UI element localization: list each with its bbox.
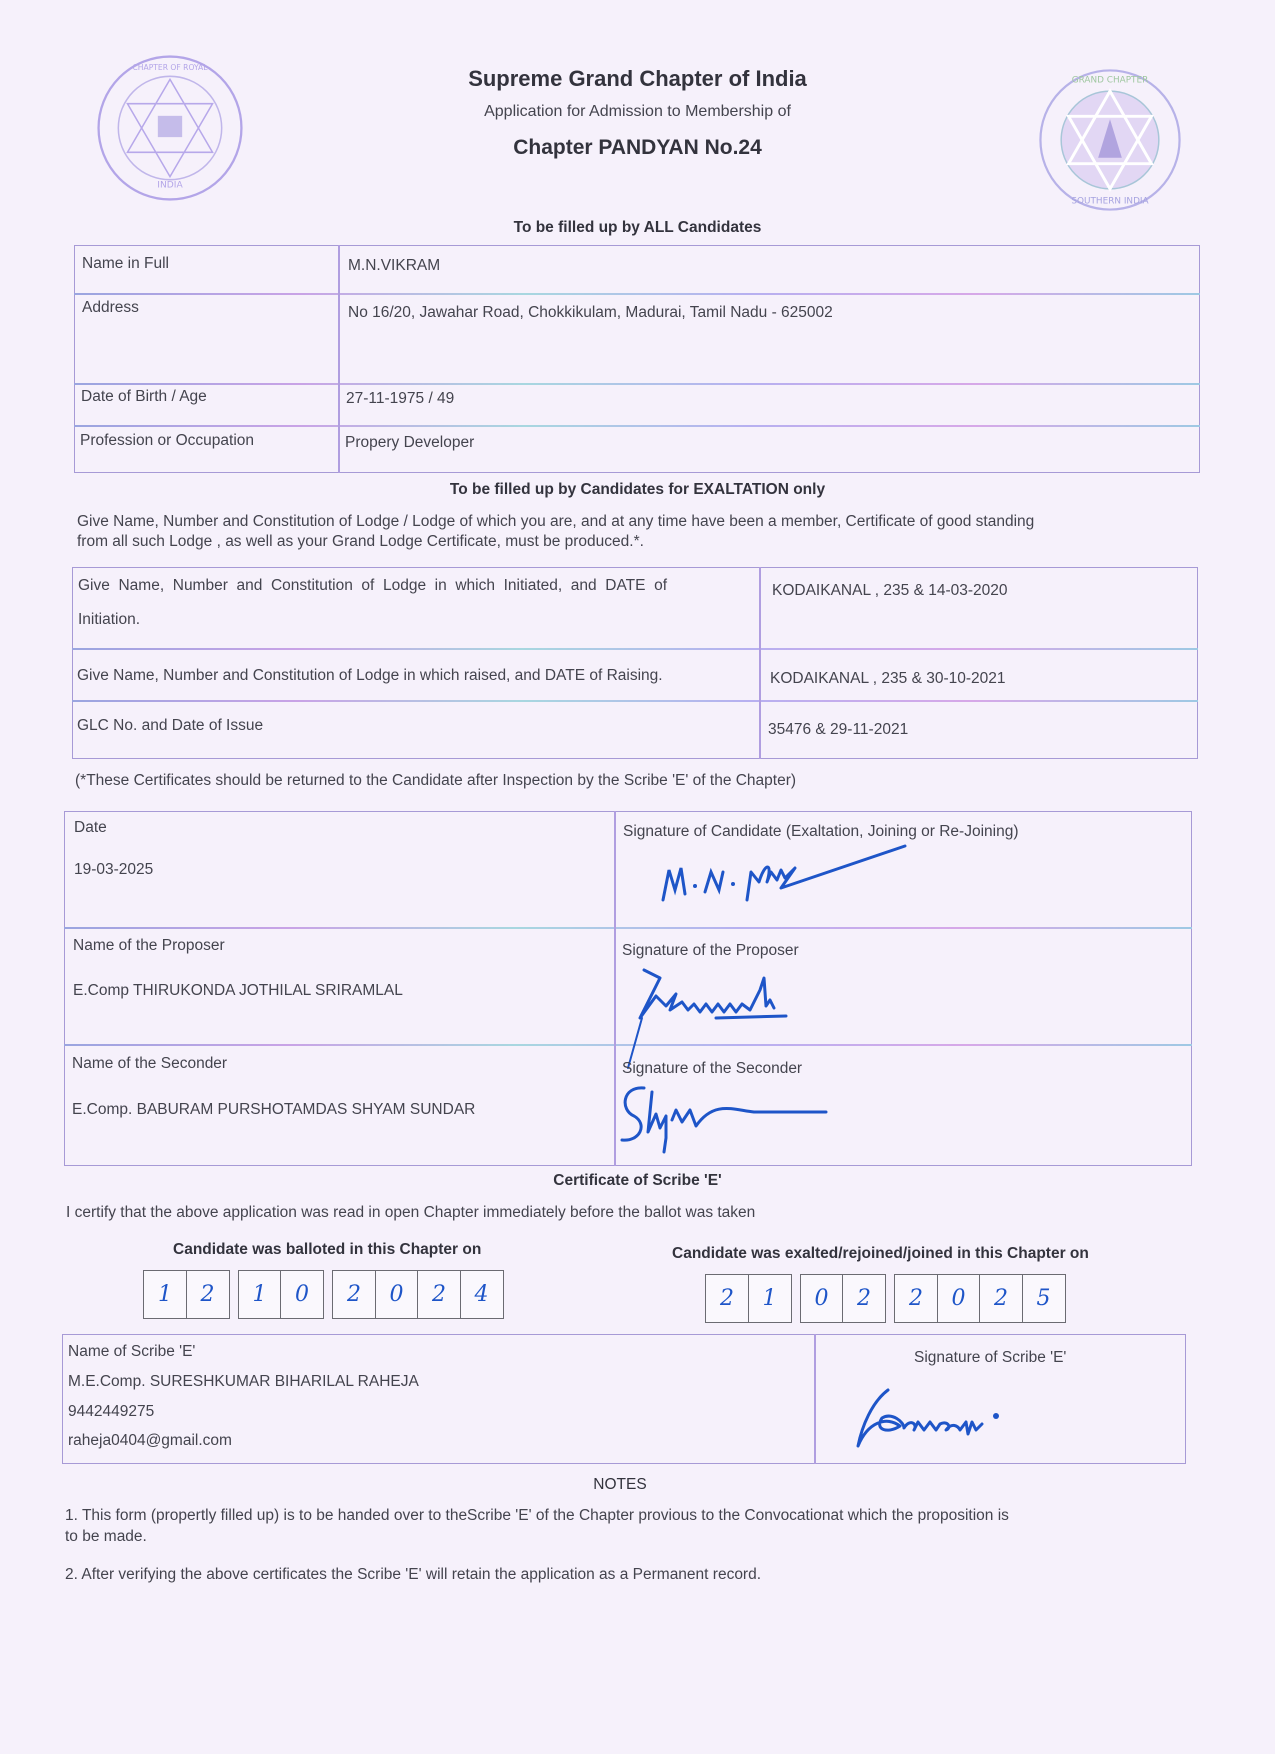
- balloted-date-boxes: 12102024: [143, 1270, 512, 1319]
- date-digit-box: 2: [186, 1270, 230, 1319]
- note-1-line2: to be made.: [65, 1528, 147, 1546]
- value-profession: Propery Developer: [345, 434, 474, 452]
- date-digit-box: 0: [375, 1270, 419, 1319]
- page-subtitle: Application for Admission to Membership …: [0, 103, 1275, 121]
- label-scribe-signature: Signature of Scribe 'E': [914, 1349, 1066, 1367]
- exalted-date-boxes: 21022025: [705, 1274, 1074, 1323]
- label-scribe-name: Name of Scribe 'E': [68, 1343, 195, 1361]
- scribe-signature: [852, 1382, 1092, 1452]
- exalted-date-group-1: 02: [800, 1274, 887, 1323]
- date-digit-box: 4: [460, 1270, 504, 1319]
- label-initiation-line1: Give Name, Number and Constitution of Lo…: [78, 577, 667, 595]
- value-date: 19-03-2025: [74, 861, 153, 879]
- section-title-scribe-certificate: Certificate of Scribe 'E': [0, 1172, 1275, 1190]
- scribe-certificate-statement: I certify that the above application was…: [66, 1204, 755, 1222]
- exalted-label: Candidate was exalted/rejoined/joined in…: [672, 1245, 1089, 1263]
- date-digit-box: 0: [800, 1274, 844, 1323]
- exalted-date-group-0: 21: [705, 1274, 792, 1323]
- label-proposer-signature: Signature of the Proposer: [622, 942, 799, 960]
- date-digit-box: 0: [937, 1274, 981, 1323]
- svg-text:SOUTHERN INDIA: SOUTHERN INDIA: [1071, 197, 1148, 207]
- label-seconder: Name of the Seconder: [72, 1055, 227, 1073]
- label-glc: GLC No. and Date of Issue: [77, 717, 263, 735]
- label-dob-age: Date of Birth / Age: [81, 388, 207, 406]
- value-scribe-phone: 9442449275: [68, 1403, 154, 1421]
- candidate-signature: [655, 842, 965, 912]
- seconder-signature: [614, 1080, 834, 1160]
- label-profession: Profession or Occupation: [80, 432, 254, 450]
- notes-title: NOTES: [0, 1476, 1240, 1494]
- application-form-page: INDIA CHAPTER OF ROYAL GRAND CHAPTER SOU…: [0, 0, 1275, 1754]
- date-digit-box: 2: [894, 1274, 938, 1323]
- certificates-footnote: (*These Certificates should be returned …: [75, 772, 796, 790]
- proposer-signature: [620, 960, 880, 1070]
- label-name-in-full: Name in Full: [82, 255, 169, 273]
- note-2-line1: 2. After verifying the above certificate…: [65, 1566, 761, 1584]
- value-scribe-email: raheja0404@gmail.com: [68, 1432, 232, 1450]
- page-title: Supreme Grand Chapter of India: [0, 66, 1275, 92]
- value-dob-age: 27-11-1975 / 49: [346, 390, 454, 408]
- date-digit-box: 0: [280, 1270, 324, 1319]
- balloted-date-group-1: 10: [238, 1270, 325, 1319]
- exalted-date-group-2: 2025: [894, 1274, 1066, 1323]
- exaltation-instructions-line1: Give Name, Number and Constitution of Lo…: [77, 513, 1034, 531]
- section-title-exaltation: To be filled up by Candidates for EXALTA…: [0, 481, 1275, 499]
- exaltation-instructions-line2: from all such Lodge , as well as your Gr…: [77, 533, 644, 551]
- date-digit-box: 1: [238, 1270, 282, 1319]
- balloted-label: Candidate was balloted in this Chapter o…: [173, 1241, 481, 1259]
- date-digit-box: 2: [417, 1270, 461, 1319]
- date-digit-box: 2: [705, 1274, 749, 1323]
- date-digit-box: 2: [979, 1274, 1023, 1323]
- value-name-in-full: M.N.VIKRAM: [348, 257, 440, 275]
- date-digit-box: 1: [748, 1274, 792, 1323]
- balloted-date-group-2: 2024: [332, 1270, 504, 1319]
- svg-text:INDIA: INDIA: [157, 180, 183, 190]
- value-proposer: E.Comp THIRUKONDA JOTHILAL SRIRAMLAL: [73, 982, 403, 1000]
- label-seconder-signature: Signature of the Seconder: [622, 1060, 802, 1078]
- label-initiation-line2: Initiation.: [78, 611, 140, 629]
- value-glc: 35476 & 29-11-2021: [768, 721, 908, 739]
- chapter-name: Chapter PANDYAN No.24: [0, 136, 1275, 160]
- value-seconder: E.Comp. BABURAM PURSHOTAMDAS SHYAM SUNDA…: [72, 1101, 475, 1119]
- value-address: No 16/20, Jawahar Road, Chokkikulam, Mad…: [348, 304, 833, 322]
- date-digit-box: 2: [332, 1270, 376, 1319]
- value-raising: KODAIKANAL , 235 & 30-10-2021: [770, 670, 1006, 688]
- section-title-all-candidates: To be filled up by ALL Candidates: [0, 219, 1275, 237]
- note-1-line1: 1. This form (propertly filled up) is to…: [65, 1507, 1009, 1525]
- label-proposer: Name of the Proposer: [73, 937, 225, 955]
- balloted-date-group-0: 12: [143, 1270, 230, 1319]
- value-scribe-name: M.E.Comp. SURESHKUMAR BIHARILAL RAHEJA: [68, 1373, 419, 1391]
- date-digit-box: 5: [1022, 1274, 1066, 1323]
- label-date: Date: [74, 819, 107, 837]
- label-raising: Give Name, Number and Constitution of Lo…: [77, 667, 663, 685]
- date-digit-box: 2: [842, 1274, 886, 1323]
- label-address: Address: [82, 299, 139, 317]
- value-initiation: KODAIKANAL , 235 & 14-03-2020: [772, 582, 1008, 600]
- date-digit-box: 1: [143, 1270, 187, 1319]
- label-candidate-signature: Signature of Candidate (Exaltation, Join…: [623, 823, 1018, 841]
